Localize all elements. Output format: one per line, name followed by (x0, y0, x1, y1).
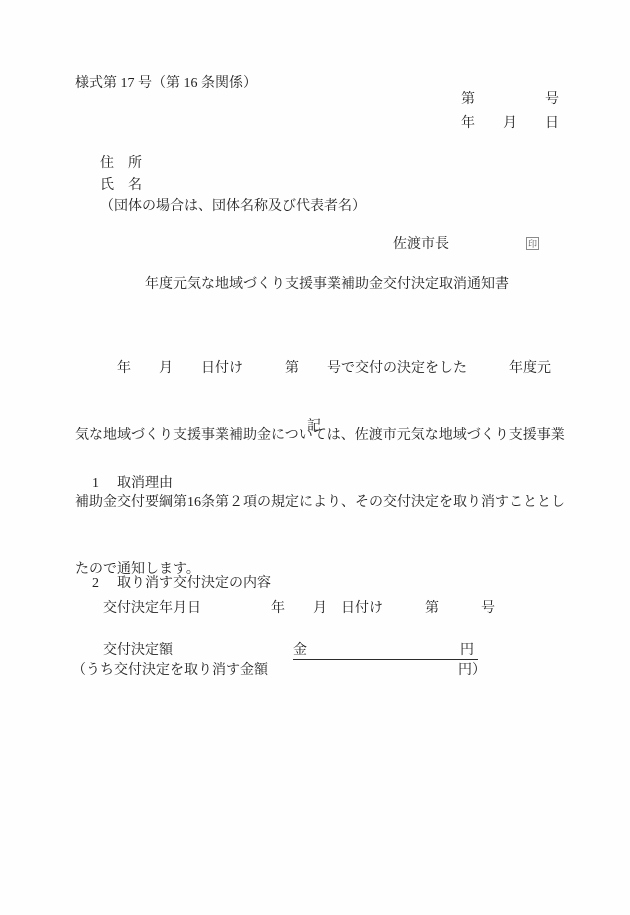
body-line: 年 月 日付け 第 号で交付の決定をした 年度元 (75, 358, 565, 380)
ki-marker: 記 (75, 418, 553, 435)
notice-document-page: 様式第 17 号（第 16 条関係） 第 号 年 月 日 住 所 氏 名 （団体… (0, 0, 630, 915)
mayor-name: 佐渡市長 (393, 236, 449, 253)
cancelled-amount-label: （うち交付決定を取り消す金額 (72, 662, 268, 679)
name-label: 氏 名 (100, 177, 142, 194)
amount-unit: 円 (460, 642, 474, 659)
document-number-blank: 第 号 (461, 91, 559, 108)
section-1-heading: 1取消理由 (78, 458, 173, 509)
section-2-number: 2 (92, 575, 117, 592)
date-blank: 年 月 日 (461, 115, 559, 132)
decision-amount-label: 交付決定額 (103, 642, 173, 659)
seal-mark-icon: 印 (526, 237, 539, 250)
section-1-number: 1 (92, 475, 117, 492)
section-1-title: 取消理由 (117, 476, 173, 491)
amount-prefix: 金 (293, 642, 307, 659)
organization-note: （団体の場合は、団体名称及び代表者名） (100, 198, 366, 215)
decision-date-field: 交付決定年月日 年 月 日付け 第 号 (103, 600, 495, 617)
address-label: 住 所 (100, 155, 142, 172)
document-title: 年度元気な地域づくり支援事業補助金交付決定取消通知書 (145, 276, 509, 293)
cancelled-amount-unit: 円） (458, 662, 486, 679)
decision-amount-blank: 金 円 (293, 642, 478, 660)
section-2-title: 取り消す交付決定の内容 (117, 576, 271, 591)
form-number-line: 様式第 17 号（第 16 条関係） (75, 75, 257, 92)
